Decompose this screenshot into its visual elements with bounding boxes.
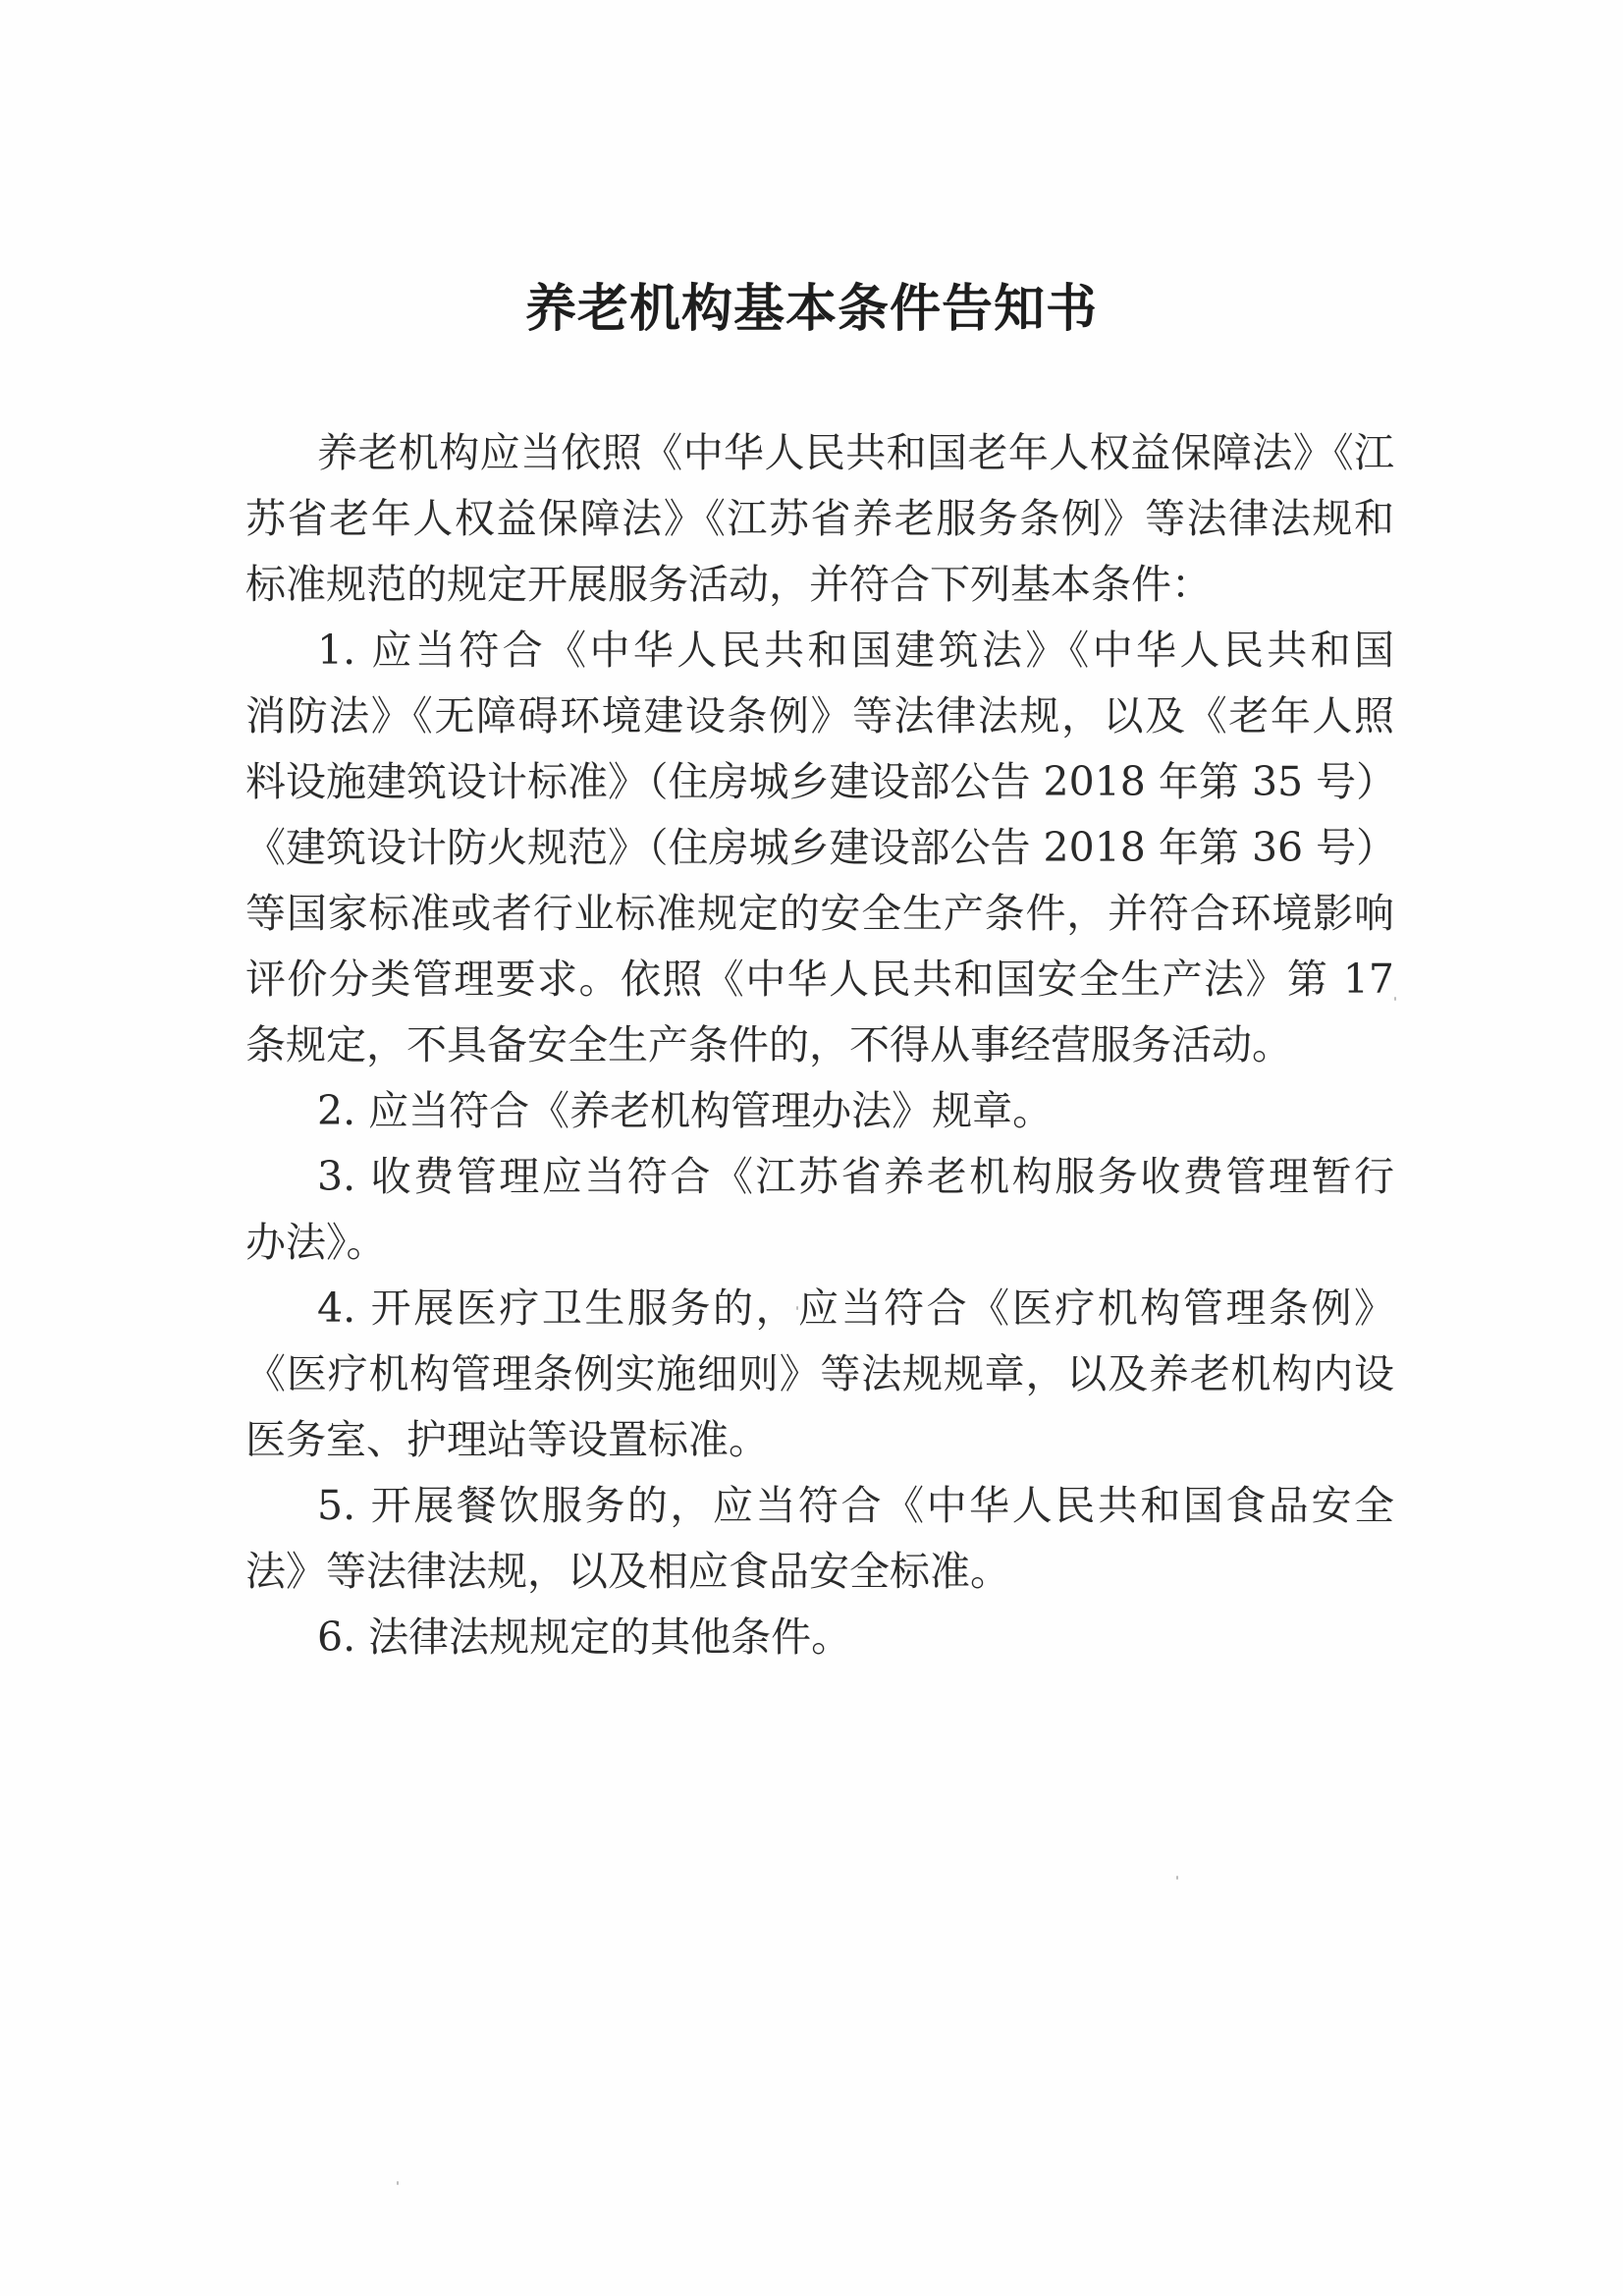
item-4-line-3: 医务室、护理站等设置标准。 xyxy=(245,1410,1394,1469)
intro-line-2: 苏省老年人权益保障法》《江苏省养老服务条例》等法律法规和 xyxy=(245,489,1394,548)
item-1-line-7: 条规定，不具备安全生产条件的，不得从事经营服务活动。 xyxy=(245,1015,1394,1074)
item-1-line-6: 评价分类管理要求。依照《中华人民共和国安全生产法》第 17 xyxy=(245,950,1394,1009)
document-title: 养老机构基本条件告知书 xyxy=(0,278,1623,341)
item-1-line-1: 1. 应当符合《中华人民共和国建筑法》《中华人民共和国 xyxy=(317,621,1394,680)
item-6-line-1: 6. 法律法规规定的其他条件。 xyxy=(317,1608,1394,1667)
item-5-line-1: 5. 开展餐饮服务的，应当符合《中华人民共和国食品安全 xyxy=(317,1476,1394,1535)
scan-speck xyxy=(312,707,314,711)
document-page: 养老机构基本条件告知书 养老机构应当依照《中华人民共和国老年人权益保障法》《江 … xyxy=(0,0,1623,2296)
item-4-line-2: 《医疗机构管理条例实施细则》等法规规章，以及养老机构内设 xyxy=(245,1344,1394,1403)
item-5-line-2: 法》等法律法规，以及相应食品安全标准。 xyxy=(245,1542,1394,1601)
item-3-line-2: 办法》。 xyxy=(245,1213,1394,1272)
item-1-line-2: 消防法》《无障碍环境建设条例》等法律法规，以及《老年人照 xyxy=(245,686,1394,745)
item-4-line-1: 4. 开展医疗卫生服务的，应当符合《医疗机构管理条例》 xyxy=(317,1279,1394,1338)
item-3-line-1: 3. 收费管理应当符合《江苏省养老机构服务收费管理暂行 xyxy=(317,1147,1394,1206)
scan-speck xyxy=(1176,1876,1178,1880)
intro-line-1: 养老机构应当依照《中华人民共和国老年人权益保障法》《江 xyxy=(317,423,1394,482)
item-1-line-4: 《建筑设计防火规范》（住房城乡建设部公告 2018 年第 36 号） xyxy=(245,818,1394,877)
item-1-line-5: 等国家标准或者行业标准规定的安全生产条件，并符合环境影响 xyxy=(245,884,1394,943)
item-2-line-1: 2. 应当符合《养老机构管理办法》规章。 xyxy=(317,1081,1394,1140)
intro-line-3: 标准规范的规定开展服务活动，并符合下列基本条件： xyxy=(245,555,1394,614)
scan-speck xyxy=(397,2181,399,2185)
item-1-line-3: 料设施建筑设计标准》（住房城乡建设部公告 2018 年第 35 号） xyxy=(245,752,1394,811)
scan-speck xyxy=(796,1306,798,1310)
scan-speck xyxy=(1394,997,1396,1001)
